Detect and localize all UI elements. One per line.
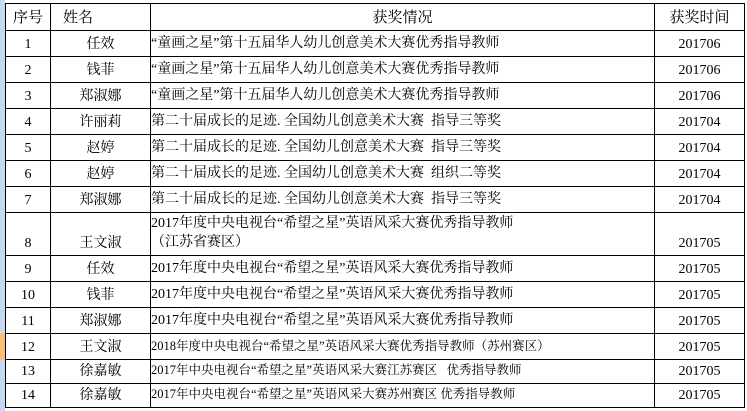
cell-time[interactable]: 201705	[655, 334, 745, 360]
awards-table: 序号 姓名 获奖情况 获奖时间 1 任效 “童画之星”第十五届华人幼儿创意美术大…	[5, 3, 745, 408]
index-value: 3	[25, 89, 32, 104]
table-row: 12 王文淑 2018年度中央电视台“希望之星”英语风采大赛优秀指导教师（苏州赛…	[6, 334, 745, 360]
index-value: 7	[25, 193, 32, 208]
cell-award[interactable]: 第二十届成长的足迹. 全国幼儿创意美术大赛 指导三等奖	[151, 135, 655, 161]
header-cell-name[interactable]: 姓名	[51, 4, 151, 31]
time-value: 201705	[679, 364, 721, 379]
cell-index[interactable]: 14	[6, 384, 51, 408]
cell-name[interactable]: 王文淑	[51, 334, 151, 360]
table-row: 14 徐嘉敏 2017年中央电视台“希望之星”英语风采大赛苏州赛区 优秀指导教师…	[6, 384, 745, 408]
award-text: “童画之星”第十五届华人幼儿创意美术大赛优秀指导教师	[151, 60, 654, 79]
award-text: 第二十届成长的足迹. 全国幼儿创意美术大赛 指导三等奖	[151, 112, 654, 131]
table-row: 9 任效 2017年度中央电视台“希望之星”英语风采大赛优秀指导教师 20170…	[6, 256, 745, 282]
cell-award[interactable]: 第二十届成长的足迹. 全国幼儿创意美术大赛 指导三等奖	[151, 109, 655, 135]
index-value: 5	[25, 141, 32, 156]
award-text: 2017年中央电视台“希望之星”英语风采大赛江苏赛区 优秀指导教师	[151, 361, 654, 380]
cell-index[interactable]: 5	[6, 135, 51, 161]
header-cell-time[interactable]: 获奖时间	[655, 4, 745, 31]
cell-time[interactable]: 201705	[655, 213, 745, 256]
cell-name[interactable]: 钱菲	[51, 57, 151, 83]
cell-award[interactable]: “童画之星”第十五届华人幼儿创意美术大赛优秀指导教师	[151, 31, 655, 57]
name-value: 钱菲	[87, 63, 115, 78]
cell-name[interactable]: 赵婷	[51, 161, 151, 187]
cell-name[interactable]: 郑淑娜	[51, 308, 151, 334]
cell-award[interactable]: 第二十届成长的足迹. 全国幼儿创意美术大赛 指导三等奖	[151, 187, 655, 213]
time-value: 201706	[679, 37, 721, 52]
name-value: 郑淑娜	[80, 193, 122, 208]
cell-time[interactable]: 201704	[655, 135, 745, 161]
table-row: 5 赵婷 第二十届成长的足迹. 全国幼儿创意美术大赛 指导三等奖 201704	[6, 135, 745, 161]
name-value: 赵婷	[87, 141, 115, 156]
award-text: 2017年度中央电视台“希望之星”英语风采大赛优秀指导教师	[151, 214, 654, 233]
cell-index[interactable]: 9	[6, 256, 51, 282]
cell-index[interactable]: 1	[6, 31, 51, 57]
award-text: 第二十届成长的足迹. 全国幼儿创意美术大赛 组织二等奖	[151, 164, 654, 183]
index-value: 14	[21, 388, 35, 403]
cell-time[interactable]: 201704	[655, 109, 745, 135]
cell-time[interactable]: 201704	[655, 161, 745, 187]
cell-time[interactable]: 201705	[655, 360, 745, 384]
award-text: “童画之星”第十五届华人幼儿创意美术大赛优秀指导教师	[151, 86, 654, 105]
cell-name[interactable]: 王文淑	[51, 213, 151, 256]
table-body: 1 任效 “童画之星”第十五届华人幼儿创意美术大赛优秀指导教师 201706 2…	[6, 31, 745, 408]
table-row: 4 许丽莉 第二十届成长的足迹. 全国幼儿创意美术大赛 指导三等奖 201704	[6, 109, 745, 135]
cell-award[interactable]: 2017年度中央电视台“希望之星”英语风采大赛优秀指导教师	[151, 282, 655, 308]
cell-index[interactable]: 4	[6, 109, 51, 135]
cell-award[interactable]: 2017年中央电视台“希望之星”英语风采大赛江苏赛区 优秀指导教师	[151, 360, 655, 384]
index-value: 1	[25, 37, 32, 52]
header-cell-index[interactable]: 序号	[6, 4, 51, 31]
name-value: 任效	[87, 262, 115, 277]
award-text: 2017年中央电视台“希望之星”英语风采大赛苏州赛区 优秀指导教师	[151, 385, 654, 404]
cell-name[interactable]: 徐嘉敏	[51, 360, 151, 384]
cell-name[interactable]: 钱菲	[51, 282, 151, 308]
award-text: 2017年度中央电视台“希望之星”英语风采大赛优秀指导教师	[151, 259, 654, 278]
cell-index[interactable]: 8	[6, 213, 51, 256]
cell-index[interactable]: 10	[6, 282, 51, 308]
name-value: 徐嘉敏	[80, 388, 122, 403]
name-value: 王文淑	[80, 236, 122, 251]
cell-index[interactable]: 2	[6, 57, 51, 83]
cell-award[interactable]: “童画之星”第十五届华人幼儿创意美术大赛优秀指导教师	[151, 57, 655, 83]
cell-index[interactable]: 13	[6, 360, 51, 384]
name-value: 钱菲	[87, 288, 115, 303]
time-value: 201705	[679, 314, 721, 329]
time-value: 201704	[679, 193, 721, 208]
index-value: 11	[21, 314, 34, 329]
index-value: 12	[21, 340, 35, 355]
header-cell-award[interactable]: 获奖情况	[151, 4, 655, 31]
time-value: 201704	[679, 115, 721, 130]
cell-name[interactable]: 赵婷	[51, 135, 151, 161]
header-row: 序号 姓名 获奖情况 获奖时间	[6, 4, 745, 31]
index-value: 4	[25, 115, 32, 130]
index-value: 8	[25, 236, 32, 251]
award-text: 第二十届成长的足迹. 全国幼儿创意美术大赛 指导三等奖	[151, 138, 654, 157]
time-value: 201705	[679, 288, 721, 303]
cell-time[interactable]: 201705	[655, 256, 745, 282]
index-value: 13	[21, 364, 35, 379]
time-value: 201705	[679, 262, 721, 277]
time-value: 201705	[679, 388, 721, 403]
name-value: 徐嘉敏	[80, 364, 122, 379]
cell-award[interactable]: “童画之星”第十五届华人幼儿创意美术大赛优秀指导教师	[151, 83, 655, 109]
index-value: 2	[25, 63, 32, 78]
table-row: 13 徐嘉敏 2017年中央电视台“希望之星”英语风采大赛江苏赛区 优秀指导教师…	[6, 360, 745, 384]
name-value: 赵婷	[87, 167, 115, 182]
cell-time[interactable]: 201705	[655, 384, 745, 408]
table-row: 1 任效 “童画之星”第十五届华人幼儿创意美术大赛优秀指导教师 201706	[6, 31, 745, 57]
cell-index[interactable]: 11	[6, 308, 51, 334]
time-value: 201705	[679, 236, 721, 251]
cell-index[interactable]: 12	[6, 334, 51, 360]
index-value: 10	[21, 288, 35, 303]
cell-time[interactable]: 201706	[655, 83, 745, 109]
award-text: 2017年度中央电视台“希望之星”英语风采大赛优秀指导教师	[151, 311, 654, 330]
cell-award[interactable]: 第二十届成长的足迹. 全国幼儿创意美术大赛 组织二等奖	[151, 161, 655, 187]
award-text: 2017年度中央电视台“希望之星”英语风采大赛优秀指导教师	[151, 285, 654, 304]
cell-index[interactable]: 6	[6, 161, 51, 187]
name-value: 许丽莉	[80, 115, 122, 130]
table-row: 7 郑淑娜 第二十届成长的足迹. 全国幼儿创意美术大赛 指导三等奖 201704	[6, 187, 745, 213]
award-text: 2018年度中央电视台“希望之星”英语风采大赛优秀指导教师（苏州赛区）	[151, 337, 654, 356]
table-row: 3 郑淑娜 “童画之星”第十五届华人幼儿创意美术大赛优秀指导教师 201706	[6, 83, 745, 109]
cell-time[interactable]: 201706	[655, 31, 745, 57]
time-value: 201706	[679, 89, 721, 104]
cell-award[interactable]: 2017年度中央电视台“希望之星”英语风采大赛优秀指导教师（江苏省赛区）	[151, 213, 655, 256]
cell-index[interactable]: 7	[6, 187, 51, 213]
cell-name[interactable]: 徐嘉敏	[51, 384, 151, 408]
table-row: 11 郑淑娜 2017年度中央电视台“希望之星”英语风采大赛优秀指导教师 201…	[6, 308, 745, 334]
cell-award[interactable]: 2018年度中央电视台“希望之星”英语风采大赛优秀指导教师（苏州赛区）	[151, 334, 655, 360]
spreadsheet-region: 序号 姓名 获奖情况 获奖时间 1 任效 “童画之星”第十五届华人幼儿创意美术大…	[0, 0, 747, 411]
table-row: 2 钱菲 “童画之星”第十五届华人幼儿创意美术大赛优秀指导教师 201706	[6, 57, 745, 83]
award-text: “童画之星”第十五届华人幼儿创意美术大赛优秀指导教师	[151, 34, 654, 53]
cell-name[interactable]: 任效	[51, 31, 151, 57]
table-row: 8 王文淑 2017年度中央电视台“希望之星”英语风采大赛优秀指导教师（江苏省赛…	[6, 213, 745, 256]
time-value: 201704	[679, 141, 721, 156]
table-row: 6 赵婷 第二十届成长的足迹. 全国幼儿创意美术大赛 组织二等奖 201704	[6, 161, 745, 187]
cell-time[interactable]: 201705	[655, 308, 745, 334]
table-row: 10 钱菲 2017年度中央电视台“希望之星”英语风采大赛优秀指导教师 2017…	[6, 282, 745, 308]
cell-time[interactable]: 201704	[655, 187, 745, 213]
cell-index[interactable]: 3	[6, 83, 51, 109]
award-text-line2: （江苏省赛区）	[151, 233, 654, 252]
cell-time[interactable]: 201705	[655, 282, 745, 308]
name-value: 任效	[87, 37, 115, 52]
cell-award[interactable]: 2017年度中央电视台“希望之星”英语风采大赛优秀指导教师	[151, 256, 655, 282]
index-value: 9	[25, 262, 32, 277]
cell-award[interactable]: 2017年度中央电视台“希望之星”英语风采大赛优秀指导教师	[151, 308, 655, 334]
time-value: 201704	[679, 167, 721, 182]
cell-name[interactable]: 郑淑娜	[51, 187, 151, 213]
cell-award[interactable]: 2017年中央电视台“希望之星”英语风采大赛苏州赛区 优秀指导教师	[151, 384, 655, 408]
cell-name[interactable]: 任效	[51, 256, 151, 282]
name-value: 郑淑娜	[80, 314, 122, 329]
cell-time[interactable]: 201706	[655, 57, 745, 83]
time-value: 201706	[679, 63, 721, 78]
award-text: 第二十届成长的足迹. 全国幼儿创意美术大赛 指导三等奖	[151, 190, 654, 209]
cell-name[interactable]: 许丽莉	[51, 109, 151, 135]
time-value: 201705	[679, 340, 721, 355]
cell-name[interactable]: 郑淑娜	[51, 83, 151, 109]
name-value: 王文淑	[80, 340, 122, 355]
name-value: 郑淑娜	[80, 89, 122, 104]
index-value: 6	[25, 167, 32, 182]
